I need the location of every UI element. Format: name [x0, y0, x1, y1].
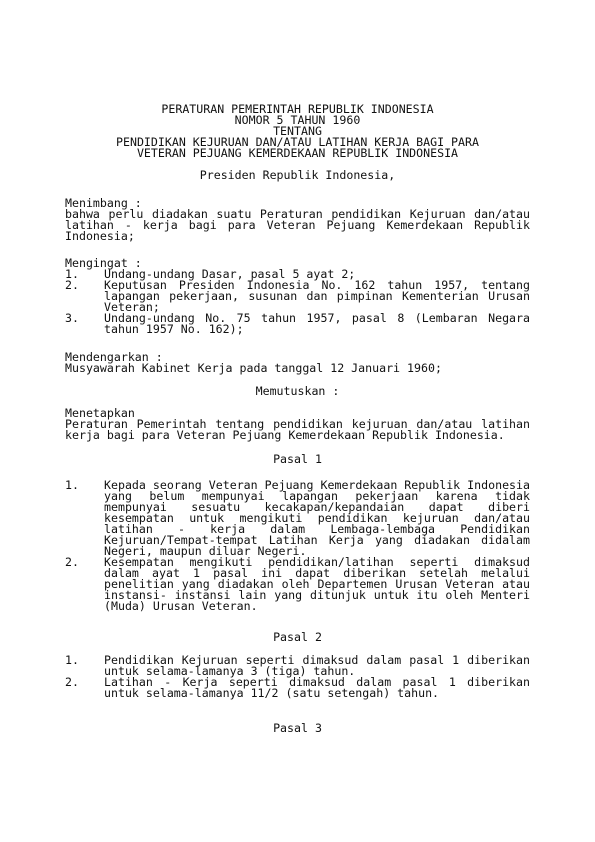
list-item: 1. Pendidikan Kejuruan seperti dimaksud …: [65, 655, 530, 677]
item-text: Keputusan Presiden Indonesia No. 162 tah…: [104, 280, 530, 313]
item-number: 3.: [65, 313, 104, 324]
pasal-3-heading: Pasal 3: [65, 723, 530, 734]
section-menetapkan: Menetapkan Peraturan Pemerintah tentang …: [65, 408, 530, 441]
mendengarkan-body: Musyawarah Kabinet Kerja pada tanggal 12…: [65, 363, 530, 374]
item-text: Undang-undang No. 75 tahun 1957, pasal 8…: [104, 313, 530, 335]
section-mendengarkan: Mendengarkan : Musyawarah Kabinet Kerja …: [65, 352, 530, 374]
item-text: Pendidikan Kejuruan seperti dimaksud dal…: [104, 655, 530, 677]
item-text: Kepada seorang Veteran Pejuang Kemerdeka…: [104, 480, 530, 557]
menimbang-body: bahwa perlu diadakan suatu Peraturan pen…: [65, 209, 530, 242]
title-line-5: VETERAN PEJUANG KEMERDEKAAN REPUBLIK IND…: [65, 148, 530, 159]
document-title: PERATURAN PEMERINTAH REPUBLIK INDONESIA …: [65, 104, 530, 159]
menetapkan-body: Peraturan Pemerintah tentang pendidikan …: [65, 419, 530, 441]
section-mengingat: Mengingat : 1. Undang-undang Dasar, pasa…: [65, 258, 530, 335]
list-item: 2. Keputusan Presiden Indonesia No. 162 …: [65, 280, 530, 313]
item-number: 1.: [65, 655, 104, 666]
salutation: Presiden Republik Indonesia,: [65, 170, 530, 181]
item-number: 2.: [65, 677, 104, 688]
list-item: 3. Undang-undang No. 75 tahun 1957, pasa…: [65, 313, 530, 335]
memutuskan-heading: Memutuskan :: [65, 386, 530, 397]
item-text: Kesempatan mengikuti pendidikan/latihan …: [104, 557, 530, 612]
item-number: 2.: [65, 557, 104, 568]
list-item: 2. Latihan - Kerja seperti dimaksud dala…: [65, 677, 530, 699]
pasal-2-list: 1. Pendidikan Kejuruan seperti dimaksud …: [65, 655, 530, 699]
pasal-1-heading: Pasal 1: [65, 454, 530, 465]
pasal-1-list: 1. Kepada seorang Veteran Pejuang Kemerd…: [65, 480, 530, 612]
item-number: 2.: [65, 280, 104, 291]
section-menimbang: Menimbang : bahwa perlu diadakan suatu P…: [65, 198, 530, 242]
item-text: Latihan - Kerja seperti dimaksud dalam p…: [104, 677, 530, 699]
item-number: 1.: [65, 480, 104, 491]
list-item: 2. Kesempatan mengikuti pendidikan/latih…: [65, 557, 530, 612]
list-item: 1. Kepada seorang Veteran Pejuang Kemerd…: [65, 480, 530, 557]
mengingat-list: 1. Undang-undang Dasar, pasal 5 ayat 2; …: [65, 269, 530, 335]
regulation-document-page: PERATURAN PEMERINTAH REPUBLIK INDONESIA …: [0, 0, 595, 842]
pasal-2-heading: Pasal 2: [65, 632, 530, 643]
